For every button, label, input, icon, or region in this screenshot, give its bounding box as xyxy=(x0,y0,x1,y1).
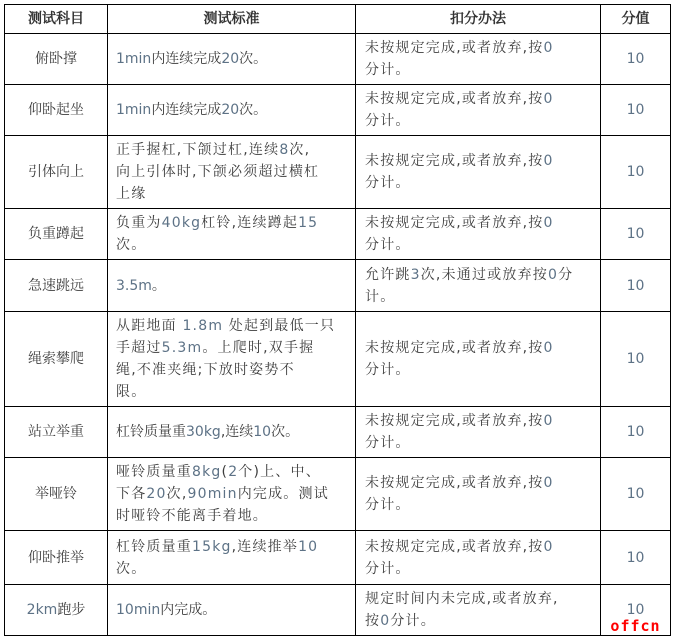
deduction-cell: 未按规定完成,或者放弃,按0 分计。 xyxy=(356,458,601,531)
offcn-watermark: offcn xyxy=(601,618,670,635)
standard-cell: 杠铃质量重15kg,连续推举10 次。 xyxy=(108,531,356,585)
table-row: 仰卧推举 杠铃质量重15kg,连续推举10 次。 未按规定完成,或者放弃,按0 … xyxy=(5,531,671,585)
deduction-cell: 未按规定完成,或者放弃,按0 分计。 xyxy=(356,407,601,458)
table-body: 俯卧撑 1min内连续完成20次。 未按规定完成,或者放弃,按0 分计。 10 … xyxy=(5,34,671,636)
table-header: 测试科目 测试标准 扣分办法 分值 xyxy=(5,5,671,34)
score-cell: 10 xyxy=(601,458,671,531)
page: 测试科目 测试标准 扣分办法 分值 俯卧撑 1min内连续完成20次。 未按规定… xyxy=(0,0,675,632)
subject-cell: 俯卧撑 xyxy=(5,34,108,85)
score-cell: 10 offcn xyxy=(601,585,671,636)
subject-cell: 仰卧推举 xyxy=(5,531,108,585)
standard-cell: 1min内连续完成20次。 xyxy=(108,34,356,85)
deduction-cell: 允许跳3次,未通过或放弃按0分 计。 xyxy=(356,260,601,312)
score-cell: 10 xyxy=(601,260,671,312)
table-row: 负重蹲起 负重为40kg杠铃,连续蹲起15 次。 未按规定完成,或者放弃,按0 … xyxy=(5,209,671,260)
table-row: 引体向上 正手握杠,下颌过杠,连续8次, 向上引体时,下颌必须超过横杠 上缘 未… xyxy=(5,136,671,209)
standard-cell: 正手握杠,下颌过杠,连续8次, 向上引体时,下颌必须超过横杠 上缘 xyxy=(108,136,356,209)
subject-cell: 绳索攀爬 xyxy=(5,312,108,407)
header-standard: 测试标准 xyxy=(108,5,356,34)
subject-cell: 急速跳远 xyxy=(5,260,108,312)
score-cell: 10 xyxy=(601,209,671,260)
header-subject: 测试科目 xyxy=(5,5,108,34)
table-row: 绳索攀爬 从距地面 1.8m 处起到最低一只 手超过5.3m。上爬时,双手握 绳… xyxy=(5,312,671,407)
header-score: 分值 xyxy=(601,5,671,34)
score-cell: 10 xyxy=(601,312,671,407)
standard-cell: 杠铃质量重30kg,连续10次。 xyxy=(108,407,356,458)
score-cell: 10 xyxy=(601,407,671,458)
standard-cell: 10min内完成。 xyxy=(108,585,356,636)
standard-cell: 哑铃质量重8kg(2个)上、中、 下各20次,90min内完成。测试 时哑铃不能… xyxy=(108,458,356,531)
score-cell: 10 xyxy=(601,136,671,209)
deduction-cell: 未按规定完成,或者放弃,按0 分计。 xyxy=(356,136,601,209)
deduction-cell: 未按规定完成,或者放弃,按0 分计。 xyxy=(356,209,601,260)
subject-cell: 站立举重 xyxy=(5,407,108,458)
subject-cell: 2km跑步 xyxy=(5,585,108,636)
standard-cell: 从距地面 1.8m 处起到最低一只 手超过5.3m。上爬时,双手握 绳,不准夹绳… xyxy=(108,312,356,407)
subject-cell: 举哑铃 xyxy=(5,458,108,531)
deduction-cell: 未按规定完成,或者放弃,按0 分计。 xyxy=(356,85,601,136)
header-row: 测试科目 测试标准 扣分办法 分值 xyxy=(5,5,671,34)
subject-cell: 仰卧起坐 xyxy=(5,85,108,136)
deduction-cell: 未按规定完成,或者放弃,按0 分计。 xyxy=(356,34,601,85)
table-row: 2km跑步 10min内完成。 规定时间内未完成,或者放弃, 按0分计。 10 … xyxy=(5,585,671,636)
standard-cell: 负重为40kg杠铃,连续蹲起15 次。 xyxy=(108,209,356,260)
subject-cell: 引体向上 xyxy=(5,136,108,209)
header-deduction: 扣分办法 xyxy=(356,5,601,34)
table-row: 站立举重 杠铃质量重30kg,连续10次。 未按规定完成,或者放弃,按0 分计。… xyxy=(5,407,671,458)
standard-cell: 1min内连续完成20次。 xyxy=(108,85,356,136)
deduction-cell: 未按规定完成,或者放弃,按0 分计。 xyxy=(356,312,601,407)
fitness-test-score-table: 测试科目 测试标准 扣分办法 分值 俯卧撑 1min内连续完成20次。 未按规定… xyxy=(4,4,671,636)
table-row: 举哑铃 哑铃质量重8kg(2个)上、中、 下各20次,90min内完成。测试 时… xyxy=(5,458,671,531)
table-row: 急速跳远 3.5m。 允许跳3次,未通过或放弃按0分 计。 10 xyxy=(5,260,671,312)
score-cell: 10 xyxy=(601,85,671,136)
deduction-cell: 未按规定完成,或者放弃,按0 分计。 xyxy=(356,531,601,585)
table-row: 仰卧起坐 1min内连续完成20次。 未按规定完成,或者放弃,按0 分计。 10 xyxy=(5,85,671,136)
table-row: 俯卧撑 1min内连续完成20次。 未按规定完成,或者放弃,按0 分计。 10 xyxy=(5,34,671,85)
score-cell: 10 xyxy=(601,34,671,85)
standard-cell: 3.5m。 xyxy=(108,260,356,312)
score-cell: 10 xyxy=(601,531,671,585)
deduction-cell: 规定时间内未完成,或者放弃, 按0分计。 xyxy=(356,585,601,636)
subject-cell: 负重蹲起 xyxy=(5,209,108,260)
score-value: 10 xyxy=(627,602,645,618)
